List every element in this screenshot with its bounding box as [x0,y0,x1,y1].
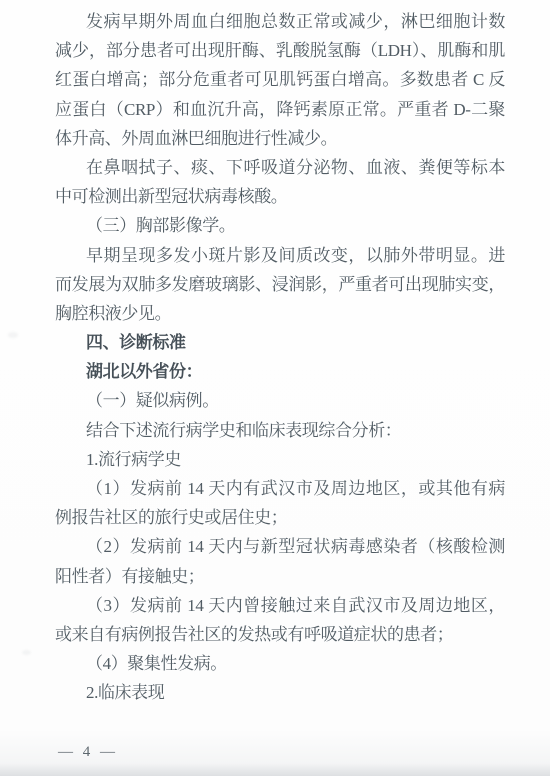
text-line: 2.临床表现 [55,678,505,707]
text-line: （一）疑似病例。 [55,386,505,415]
text-line: 结合下述流行病学史和临床表现综合分析： [55,416,505,445]
text-line: 四、诊断标准 [55,328,505,357]
text-line: 例报告社区的旅行史或居住史； [55,503,505,532]
text-line: （1）发病前 14 天内有武汉市及周边地区，或其他有病 [55,474,505,503]
text-line: 早期呈现多发小斑片影及间质改变，以肺外带明显。进 [55,241,505,270]
text-line: 而发展为双肺多发磨玻璃影、浸润影，严重者可出现肺实变， [55,270,505,299]
text-line: （4）聚集性发病。 [55,649,505,678]
text-line: 在鼻咽拭子、痰、下呼吸道分泌物、血液、粪便等标本 [55,153,505,182]
document-page: 发病早期外周血白细胞总数正常或减少，淋巴细胞计数减少，部分患者可出现肝酶、乳酸脱… [0,0,550,776]
text-line: 红蛋白增高；部分危重者可见肌钙蛋白增高。多数患者 C 反 [55,65,505,94]
text-line: 减少，部分患者可出现肝酶、乳酸脱氢酶（LDH）、肌酶和肌 [55,36,505,65]
text-line: 湖北以外省份： [55,357,505,386]
text-line: 或来自有病例报告社区的发热或有呼吸道症状的患者； [55,620,505,649]
scan-smudge [22,650,31,655]
document-text-block: 发病早期外周血白细胞总数正常或减少，淋巴细胞计数减少，部分患者可出现肝酶、乳酸脱… [55,7,505,708]
text-line: （2）发病前 14 天内与新型冠状病毒感染者（核酸检测 [55,532,505,561]
text-line: 应蛋白（CRP）和血沉升高，降钙素原正常。严重者 D-二聚 [55,95,505,124]
text-line: 阳性者）有接触史； [55,562,505,591]
page-edge-shadow [0,763,550,776]
text-line: 中可检测出新型冠状病毒核酸。 [55,182,505,211]
page-number: — 4 — [58,744,118,761]
text-line: 发病早期外周血白细胞总数正常或减少，淋巴细胞计数 [55,7,505,36]
text-line: 体升高、外周血淋巴细胞进行性减少。 [55,124,505,153]
text-line: 胸腔积液少见。 [55,299,505,328]
text-line: 1.流行病学史 [55,445,505,474]
scan-smudge [8,332,18,338]
text-line: （3）发病前 14 天内曾接触过来自武汉市及周边地区， [55,591,505,620]
text-line: （三）胸部影像学。 [55,211,505,240]
